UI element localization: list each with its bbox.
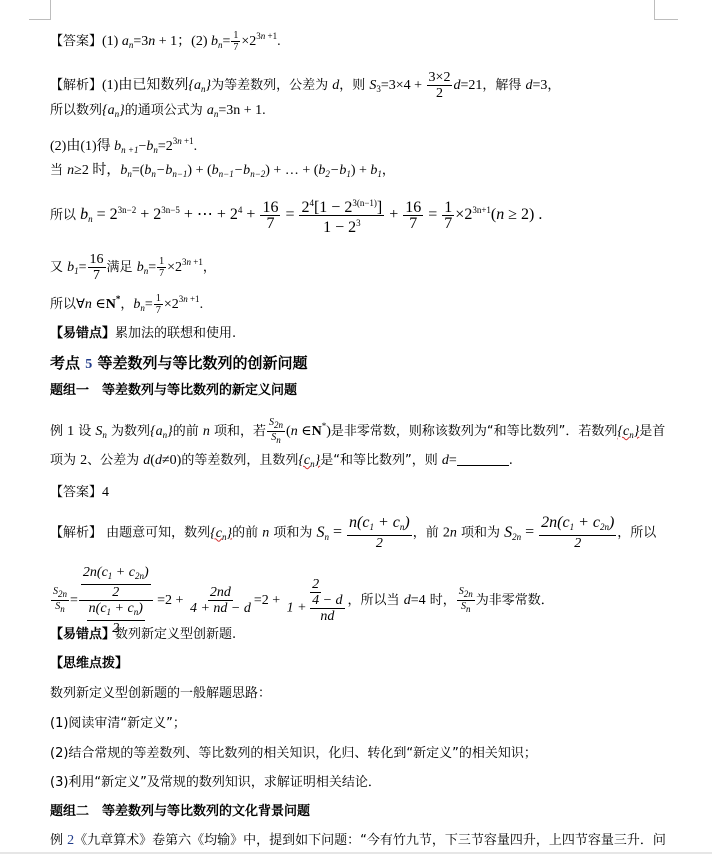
answer-2-line: 【答案】4 <box>50 485 109 501</box>
fraction-sn-formula: n(c1 + cn)2 <box>347 515 412 551</box>
analysis-2-line-2: S2nSn=2n(c1 + c2n)2n(c1 + cn)2 =2 + 2nd4… <box>50 565 554 636</box>
example-2-line-1: 例 2《九章算术》卷第六《均输》中，提到如下问题：“今有竹九节，下三节容量四升，… <box>50 833 666 849</box>
fraction-s2n-formula: 2n(c1 + c2n)2 <box>539 515 616 551</box>
error-point-1: 【易错点】累加法的联想和使用. <box>50 326 236 342</box>
answer-label: 【答案】 <box>50 34 102 49</box>
analysis-1-line-4: 当 n≥2 时，bn=(bn−bn−1) + (bn−1−bn−2) + … +… <box>50 163 395 182</box>
tips-heading: 【思维点拨】 <box>50 656 128 672</box>
analysis-1-line-3: (2)由(1)得 bn +1−bn=23n +1. <box>50 133 197 158</box>
fraction-s2n-over-sn: S2nSn <box>267 417 285 446</box>
fraction-simplified: 21 + 4 − dnd <box>285 577 347 624</box>
error-point-2: 【易错点】数列新定义型创新题. <box>50 627 236 643</box>
fraction-2nd: 2nd4 + nd − d <box>188 585 253 616</box>
analysis-label: 【解析】 <box>50 78 102 93</box>
tips-item-3: (3)利用“新定义”及常规的数列知识，求解证明相关结论． <box>50 775 381 791</box>
analysis-1-line-7: 所以∀n ∈N*，bn=17×23n +1. <box>50 291 203 316</box>
analysis-1-line-5: 所以 bn = 23n−2 + 23n−5 + ⋯ + 24 + 167 = 2… <box>50 196 542 235</box>
group-1-heading: 题组一 等差数列与等比数列的新定义问题 <box>50 383 297 399</box>
fraction-geometric-sum: 24[1 − 23(n−1)]1 − 23 <box>299 196 384 235</box>
tips-intro: 数列新定义型创新题的一般解题思路： <box>50 686 271 702</box>
analysis-1-line-1: 【解析】(1)由已知数列{an}为等差数列，公差为 d，则 S3=3×4 + 3… <box>50 70 560 101</box>
tips-item-1: (1)阅读审清“新定义”； <box>50 716 186 732</box>
fraction-3x2-over-2: 3×22 <box>427 70 453 101</box>
fraction-16-over-7: 167 <box>260 200 280 231</box>
section-heading-5: 考点 5 等差数列与等比数列的创新问题 <box>50 355 307 373</box>
example-1-line-1: 例 1 设 Sn 为数列{an}的前 n 项和，若S2nSn(n ∈N*)是非零… <box>50 417 665 446</box>
group-2-heading: 题组二 等差数列与等比数列的文化背景问题 <box>50 804 310 820</box>
fraction-one-seventh: 17 <box>231 30 240 53</box>
analysis-2-line-1: 【解析】 由题意可知，数列{cn}的前 n 项和为 Sn = n(c1 + cn… <box>50 515 656 551</box>
example-1-line-2: 项为 2、公差为 d(d≠0)的等差数列，且数列{cn}是“和等比数列”，则 d… <box>50 453 513 472</box>
answer-1-line: 【答案】(1) an=3n + 1；(2) bn=17×23n +1. <box>50 28 281 53</box>
fraction-ratio-complex: 2n(c1 + c2n)2n(c1 + cn)2 <box>79 565 153 636</box>
tips-item-2: (2)结合常规的等差数列、等比数列的相关知识，化归、转化到“新定义”的相关知识； <box>50 746 537 762</box>
page-corner-mark-top-right <box>654 0 678 20</box>
answer-blank <box>457 453 509 466</box>
page-corner-mark-top-left <box>29 0 51 20</box>
analysis-1-line-2: 所以数列{an}的通项公式为 an=3n + 1. <box>50 103 266 122</box>
error-label: 【易错点】 <box>50 326 115 341</box>
analysis-1-line-6: 又 b1=167满足 bn=17×23n +1， <box>50 252 216 283</box>
